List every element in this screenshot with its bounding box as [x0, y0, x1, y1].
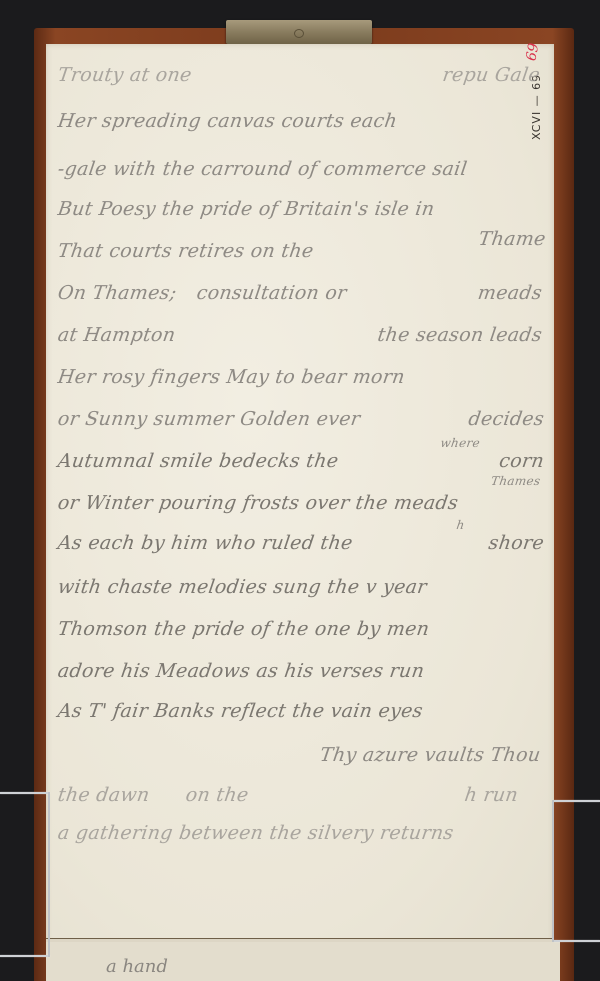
manuscript-line: at Hampton the season leads — [56, 324, 539, 346]
line-text-right: repu Gale — [441, 64, 541, 86]
line-text: As each by him who ruled the — [56, 532, 354, 554]
line-text-right: the season leads — [376, 324, 543, 346]
next-page-text: a hand — [106, 956, 168, 977]
line-text: -gale with the carround of commerce sail — [56, 158, 468, 180]
interlinear-insertion: where — [440, 436, 481, 450]
line-text: at Hampton — [56, 324, 176, 346]
manuscript-line: Her spreading canvas courts each — [56, 110, 398, 132]
manuscript-line: a gathering between the silvery returns — [56, 822, 455, 844]
manuscript-line: the dawn on the h run — [56, 784, 539, 806]
clasp-rivet-icon — [294, 29, 304, 38]
line-text: Autumnal smile bedecks the — [56, 450, 339, 472]
line-text-middle: consultation or — [195, 282, 348, 304]
manuscript-line: Trouty at one repu Gale — [56, 64, 539, 86]
manuscript-line: or Winter pouring frosts over the meads … — [56, 492, 459, 514]
line-text: or Winter pouring frosts over the meads — [56, 492, 459, 514]
mount-wire-left-bottom — [0, 955, 50, 957]
interlinear-insertion: Thames — [490, 474, 541, 488]
line-text-right: h run — [463, 784, 519, 806]
metal-clasp — [226, 20, 372, 44]
mount-wire-left-vertical — [48, 792, 50, 957]
line-text-middle: on the — [184, 784, 250, 806]
red-folio-annotation: 69 — [523, 42, 542, 62]
line-text: Trouty at one — [56, 64, 193, 86]
mount-wire-right-top — [554, 800, 600, 802]
manuscript-line: or Sunny summer Golden ever decides — [56, 408, 539, 430]
line-text-right: shore — [487, 532, 545, 554]
line-text-right: corn — [498, 450, 546, 472]
line-text: That courts retires on the — [56, 240, 315, 262]
line-text: with chaste melodies sung the v year — [56, 576, 428, 598]
line-text-right: Thy azure vaults Thou — [319, 744, 542, 766]
manuscript-line: Thomson the pride of the one by men — [56, 618, 430, 640]
line-text: a gathering between the silvery returns — [56, 822, 455, 844]
line-text-right: meads — [476, 282, 543, 304]
image-viewer: XCVI — 69 69 Trouty at one repu Gale Her… — [0, 0, 600, 981]
line-text: But Poesy the pride of Britain's isle in — [56, 198, 436, 220]
line-text: Thomson the pride of the one by men — [56, 618, 430, 640]
manuscript-line: That courts retires on the Thame — [56, 240, 539, 262]
line-text: As T' fair Banks reflect the vain eyes — [56, 700, 424, 722]
manuscript-line: But Poesy the pride of Britain's isle in — [56, 198, 436, 220]
manuscript-line: -gale with the carround of commerce sail — [56, 158, 468, 180]
mount-wire-right-bottom — [554, 940, 600, 942]
line-text: the dawn — [56, 784, 151, 806]
line-text: or Sunny summer Golden ever — [56, 408, 361, 430]
manuscript-line: Her rosy fingers May to bear morn — [56, 366, 406, 388]
line-text: On Thames; — [56, 282, 178, 304]
manuscript-line: Autumnal smile bedecks the where corn — [56, 450, 539, 472]
mount-wire-left-top — [0, 792, 50, 794]
line-text: Her rosy fingers May to bear morn — [56, 366, 406, 388]
manuscript-line: with chaste melodies sung the v year — [56, 576, 428, 598]
line-text: Her spreading canvas courts each — [56, 110, 398, 132]
manuscript-line: On Thames; consultation or meads — [56, 282, 539, 304]
line-text-right: decides — [467, 408, 545, 430]
line-text-right: Thame — [477, 228, 547, 250]
manuscript-line: As each by him who ruled the h shore — [56, 532, 539, 554]
line-text: adore his Meadows as his verses run — [56, 660, 425, 682]
manuscript-line: adore his Meadows as his verses run — [56, 660, 425, 682]
mount-wire-right-vertical — [552, 800, 554, 942]
manuscript-line: As T' fair Banks reflect the vain eyes — [56, 700, 424, 722]
next-page-edge: a hand — [46, 942, 560, 981]
